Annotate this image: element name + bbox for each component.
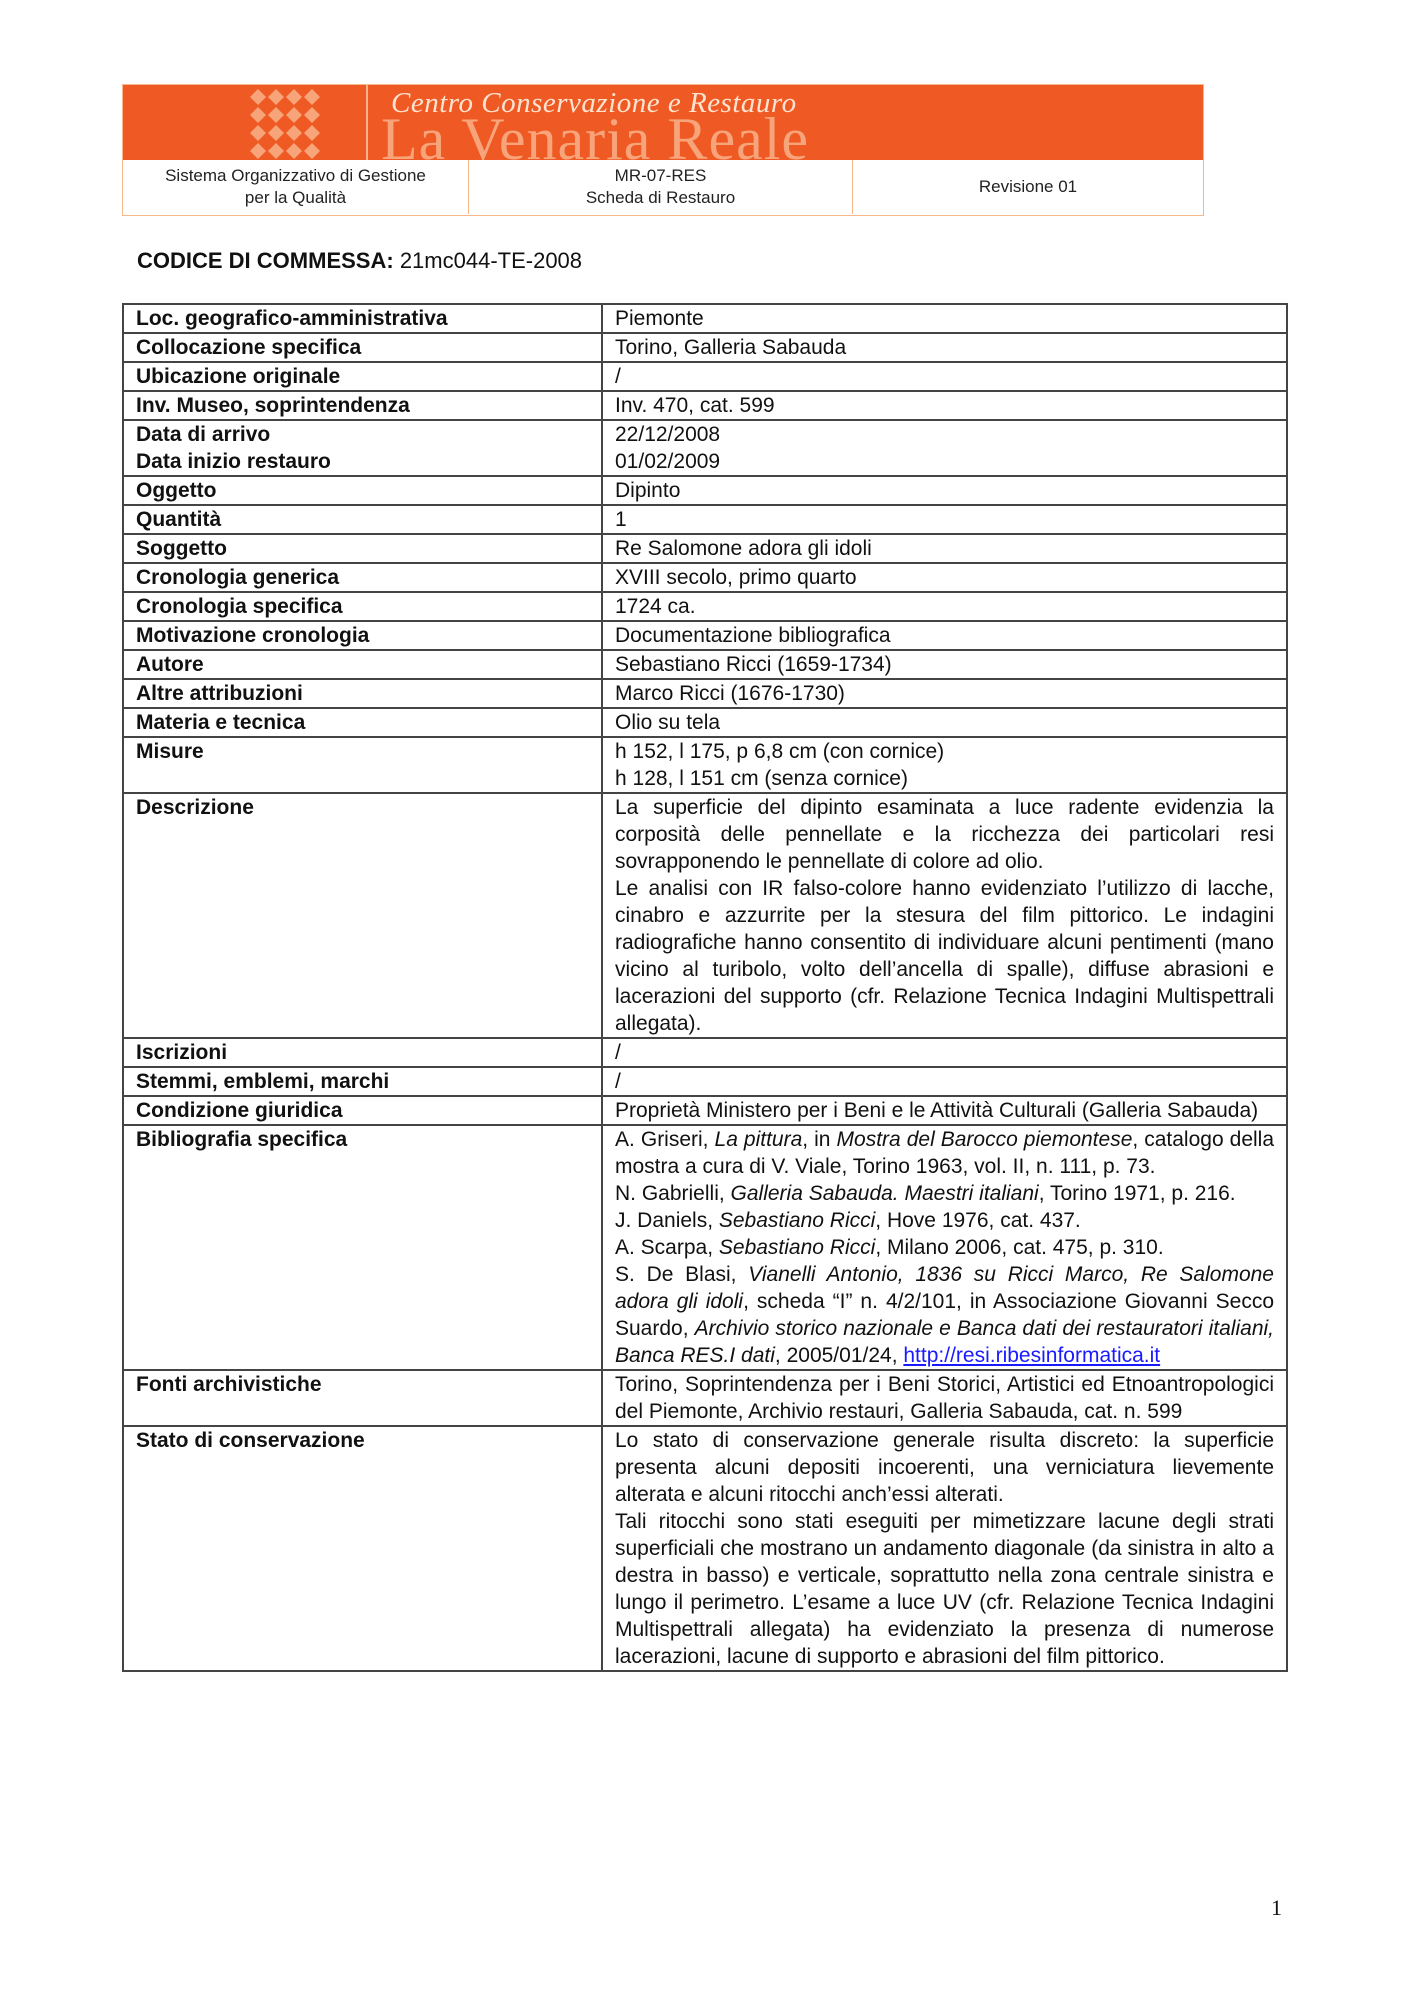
table-row: DescrizioneLa superficie del dipinto esa… bbox=[123, 793, 1287, 1038]
field-value: Documentazione bibliografica bbox=[602, 621, 1287, 650]
commessa-label: CODICE DI COMMESSA: bbox=[137, 248, 394, 273]
field-value: Olio su tela bbox=[602, 708, 1287, 737]
table-row: Inv. Museo, soprintendenzaInv. 470, cat.… bbox=[123, 391, 1287, 420]
field-value: / bbox=[602, 1067, 1287, 1096]
field-value: 22/12/200801/02/2009 bbox=[602, 420, 1287, 476]
table-row: Fonti archivisticheTorino, Soprintendenz… bbox=[123, 1370, 1287, 1426]
table-row: AutoreSebastiano Ricci (1659-1734) bbox=[123, 650, 1287, 679]
logo-diamonds-icon bbox=[248, 87, 358, 159]
table-row: Data di arrivoData inizio restauro22/12/… bbox=[123, 420, 1287, 476]
quality-meta-row: Sistema Organizzativo di Gestioneper la … bbox=[123, 160, 1203, 214]
table-row: Iscrizioni/ bbox=[123, 1038, 1287, 1067]
field-label: Ubicazione originale bbox=[123, 362, 602, 391]
table-row: Bibliografia specificaA. Griseri, La pit… bbox=[123, 1125, 1287, 1370]
bibliography-entry: A. Scarpa, Sebastiano Ricci, Milano 2006… bbox=[615, 1234, 1274, 1261]
field-label: Quantità bbox=[123, 505, 602, 534]
field-label: Soggetto bbox=[123, 534, 602, 563]
field-label: Fonti archivistiche bbox=[123, 1370, 602, 1426]
table-row: Cronologia specifica1724 ca. bbox=[123, 592, 1287, 621]
field-value: 1724 ca. bbox=[602, 592, 1287, 621]
field-label: Cronologia generica bbox=[123, 563, 602, 592]
field-label: Stato di conservazione bbox=[123, 1426, 602, 1671]
document-header: Centro Conservazione e Restauro La Venar… bbox=[122, 84, 1204, 216]
paragraph: La superficie del dipinto esaminata a lu… bbox=[615, 794, 1274, 875]
field-label: Loc. geografico-amministrativa bbox=[123, 304, 602, 333]
field-label: Materia e tecnica bbox=[123, 708, 602, 737]
brand-title: La Venaria Reale bbox=[381, 109, 809, 160]
field-label: Stemmi, emblemi, marchi bbox=[123, 1067, 602, 1096]
field-label: Motivazione cronologia bbox=[123, 621, 602, 650]
field-value: Inv. 470, cat. 599 bbox=[602, 391, 1287, 420]
field-label: Misure bbox=[123, 737, 602, 793]
bibliography-entry: A. Griseri, La pittura, in Mostra del Ba… bbox=[615, 1126, 1274, 1180]
field-label: Altre attribuzioni bbox=[123, 679, 602, 708]
paragraph: Lo stato di conservazione generale risul… bbox=[615, 1427, 1274, 1508]
field-value: Marco Ricci (1676-1730) bbox=[602, 679, 1287, 708]
table-row: SoggettoRe Salomone adora gli idoli bbox=[123, 534, 1287, 563]
page-number: 1 bbox=[1271, 1895, 1282, 1921]
quality-system-cell: Sistema Organizzativo di Gestioneper la … bbox=[123, 160, 469, 214]
bibliography-link[interactable]: http://resi.ribesinformatica.it bbox=[903, 1344, 1160, 1367]
table-row: Quantità1 bbox=[123, 505, 1287, 534]
table-row: Motivazione cronologiaDocumentazione bib… bbox=[123, 621, 1287, 650]
table-row: Loc. geografico-amministrativaPiemonte bbox=[123, 304, 1287, 333]
field-value: Lo stato di conservazione generale risul… bbox=[602, 1426, 1287, 1671]
field-value: Dipinto bbox=[602, 476, 1287, 505]
field-label: Collocazione specifica bbox=[123, 333, 602, 362]
paragraph: Tali ritocchi sono stati eseguiti per mi… bbox=[615, 1508, 1274, 1670]
commessa-value: 21mc044-TE-2008 bbox=[400, 248, 582, 273]
field-value: Torino, Galleria Sabauda bbox=[602, 333, 1287, 362]
field-value: Torino, Soprintendenza per i Beni Storic… bbox=[602, 1370, 1287, 1426]
field-value: h 152, l 175, p 6,8 cm (con cornice)h 12… bbox=[602, 737, 1287, 793]
field-value: Re Salomone adora gli idoli bbox=[602, 534, 1287, 563]
restoration-record-table: Loc. geografico-amministrativaPiemonteCo… bbox=[122, 303, 1288, 1672]
form-code-cell: MR-07-RESScheda di Restauro bbox=[469, 160, 853, 214]
table-row: Collocazione specificaTorino, Galleria S… bbox=[123, 333, 1287, 362]
table-row: OggettoDipinto bbox=[123, 476, 1287, 505]
field-label: Inv. Museo, soprintendenza bbox=[123, 391, 602, 420]
field-value: La superficie del dipinto esaminata a lu… bbox=[602, 793, 1287, 1038]
table-row: Stemmi, emblemi, marchi/ bbox=[123, 1067, 1287, 1096]
field-value: 1 bbox=[602, 505, 1287, 534]
field-value: Proprietà Ministero per i Beni e le Atti… bbox=[602, 1096, 1287, 1125]
logo-separator bbox=[366, 85, 368, 160]
commessa-code: CODICE DI COMMESSA: 21mc044-TE-2008 bbox=[137, 248, 582, 274]
field-label: Autore bbox=[123, 650, 602, 679]
bibliography-entry: J. Daniels, Sebastiano Ricci, Hove 1976,… bbox=[615, 1207, 1274, 1234]
field-label: Iscrizioni bbox=[123, 1038, 602, 1067]
table-row: Altre attribuzioniMarco Ricci (1676-1730… bbox=[123, 679, 1287, 708]
revision-cell: Revisione 01 bbox=[853, 160, 1203, 214]
field-value: XVIII secolo, primo quarto bbox=[602, 563, 1287, 592]
field-label: Condizione giuridica bbox=[123, 1096, 602, 1125]
field-value: Sebastiano Ricci (1659-1734) bbox=[602, 650, 1287, 679]
brand-banner: Centro Conservazione e Restauro La Venar… bbox=[123, 85, 1203, 160]
table-row: Stato di conservazioneLo stato di conser… bbox=[123, 1426, 1287, 1671]
table-row: Misureh 152, l 175, p 6,8 cm (con cornic… bbox=[123, 737, 1287, 793]
field-label: Data di arrivoData inizio restauro bbox=[123, 420, 602, 476]
bibliography-entry: S. De Blasi, Vianelli Antonio, 1836 su R… bbox=[615, 1261, 1274, 1369]
paragraph: Le analisi con IR falso-colore hanno evi… bbox=[615, 875, 1274, 1037]
table-row: Ubicazione originale/ bbox=[123, 362, 1287, 391]
field-value: / bbox=[602, 1038, 1287, 1067]
bibliography-entry: N. Gabrielli, Galleria Sabauda. Maestri … bbox=[615, 1180, 1274, 1207]
field-label: Descrizione bbox=[123, 793, 602, 1038]
field-value: / bbox=[602, 362, 1287, 391]
table-row: Cronologia genericaXVIII secolo, primo q… bbox=[123, 563, 1287, 592]
field-label: Oggetto bbox=[123, 476, 602, 505]
field-value: Piemonte bbox=[602, 304, 1287, 333]
field-label: Cronologia specifica bbox=[123, 592, 602, 621]
field-value: A. Griseri, La pittura, in Mostra del Ba… bbox=[602, 1125, 1287, 1370]
table-row: Condizione giuridicaProprietà Ministero … bbox=[123, 1096, 1287, 1125]
table-row: Materia e tecnicaOlio su tela bbox=[123, 708, 1287, 737]
field-label: Bibliografia specifica bbox=[123, 1125, 602, 1370]
